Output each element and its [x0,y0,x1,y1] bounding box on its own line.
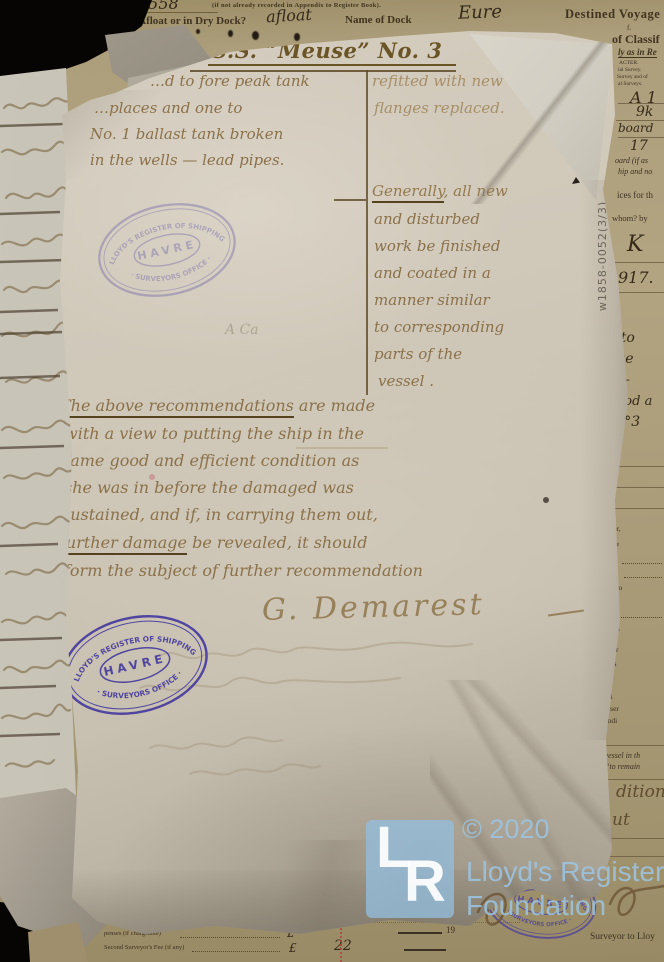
ink-blot [252,31,259,40]
fee-amount-handwritten: 22 [334,938,352,954]
title-underline [208,64,456,66]
form-fragment: of Classif [612,32,660,47]
form-fragment-handwritten: ut [612,810,630,830]
main-survey-note-sheet: S.S. “Meuse” No. 3 …d to fore peak tank … [0,0,664,962]
paragraph-line: form the subject of further recommendati… [64,561,423,580]
generally-tick-rule [334,199,366,201]
form-fragment: ices for th [617,190,653,200]
form-fragment: al Surveys. [618,81,642,87]
header-rule [136,12,218,13]
scanned-survey-document: 2558 (if not already recorded in Appendi… [0,0,664,962]
form-fragment-handwritten: K [627,232,643,257]
surveyor-signature: G. Demarest [262,587,485,628]
pink-smudge [149,474,155,480]
faint-underline [296,447,388,449]
form-fragment: “to remain [605,762,640,771]
watermark-line2: Foundation [466,890,606,922]
paragraph-line: sustained, and if, in carrying them out, [62,505,378,524]
note-line: Generally, all new [372,182,508,200]
paragraph-line: The above recommendations are made [60,396,375,415]
surveyed-value-handwritten: afloat [266,5,313,26]
note-line: and coated in a [374,264,491,282]
fee-row-label: Second Surveyor's Fee (if any) [104,944,184,951]
form-fragment: whom? by [612,213,648,223]
note-line: …places and one to [94,99,242,117]
form-fragment: ACTER. [619,60,638,66]
fold-crease [468,32,618,204]
note-line: to corresponding [374,318,504,336]
ink-blot [228,30,233,37]
pound-sign-handwritten: £ [289,941,297,955]
form-fragment: f. [627,24,631,32]
paragraph-line: same good and efficient condition as [62,451,359,470]
watermark-line1: Lloyd's Register [466,856,664,888]
note-line: and disturbed [374,210,480,228]
paragraph-line: she was in before the damaged was [64,478,354,497]
ink-blot [196,29,200,34]
ink-blot [294,33,300,41]
underlined-phrase: further damage [60,533,187,555]
lr-logo-watermark: L R [366,820,454,918]
note-line: parts of the [374,345,462,363]
note-line: …d to fore peak tank [150,72,310,90]
generally-rest: , all new [444,182,508,200]
form-fragment-handwritten: dition [616,782,664,802]
column-divider [366,70,368,395]
watermark-copyright: © 2020 [462,814,549,845]
form-fragment-handwritten: 917. [618,268,654,287]
form-fragment-handwritten: board [618,121,653,135]
note-line: No. 1 ballast tank broken [90,125,283,143]
note-line: manner similar [374,291,490,309]
year-fragment: 19 [446,925,455,935]
form-fragment: oard (if as [615,156,648,165]
dock-value-handwritten: Eure [458,1,503,24]
form-fragment: Survey and of [617,74,648,80]
signature-flourish [548,610,584,617]
paragraph-text: be revealed, it should [187,533,368,552]
form-fragment: hip and no [618,167,652,176]
note-line: vessel . [378,372,434,390]
note-line: refitted with new [372,72,503,90]
red-dotted-divider [340,924,342,962]
form-fragment: ly as in Re [618,47,657,58]
paragraph-text: are made [294,396,375,415]
stamp-center-text: HAVRE [102,651,168,679]
stamp-center-text: HAVRE [136,238,198,263]
underlined-phrase: The above recommendations [60,396,294,418]
generally-underlined: Generally [372,182,444,203]
note-line: in the wells — lead pipes. [90,151,284,169]
form-fragment-handwritten: 17 [630,138,648,154]
form-fragment-handwritten: 9k [636,104,653,120]
lloyds-stamp-faint: LLOYD'S REGISTER OF SHIPPING · SURVEYORS… [83,185,251,314]
note-line: work be finished [374,237,500,255]
note-line: flanges replaced. [374,99,505,117]
form-fragment: ial Survey. [618,67,641,73]
lr-logo-letter-r: R [404,848,446,915]
ghost-pencil-note: A Ca [225,322,259,338]
paragraph-line: with a view to putting the ship in the [64,424,364,443]
paper-speck [543,497,549,503]
paragraph-line: further damage be revealed, it should [60,533,368,552]
dock-label: Name of Dock [345,14,412,26]
voyage-label: Destined Voyage [565,7,660,22]
